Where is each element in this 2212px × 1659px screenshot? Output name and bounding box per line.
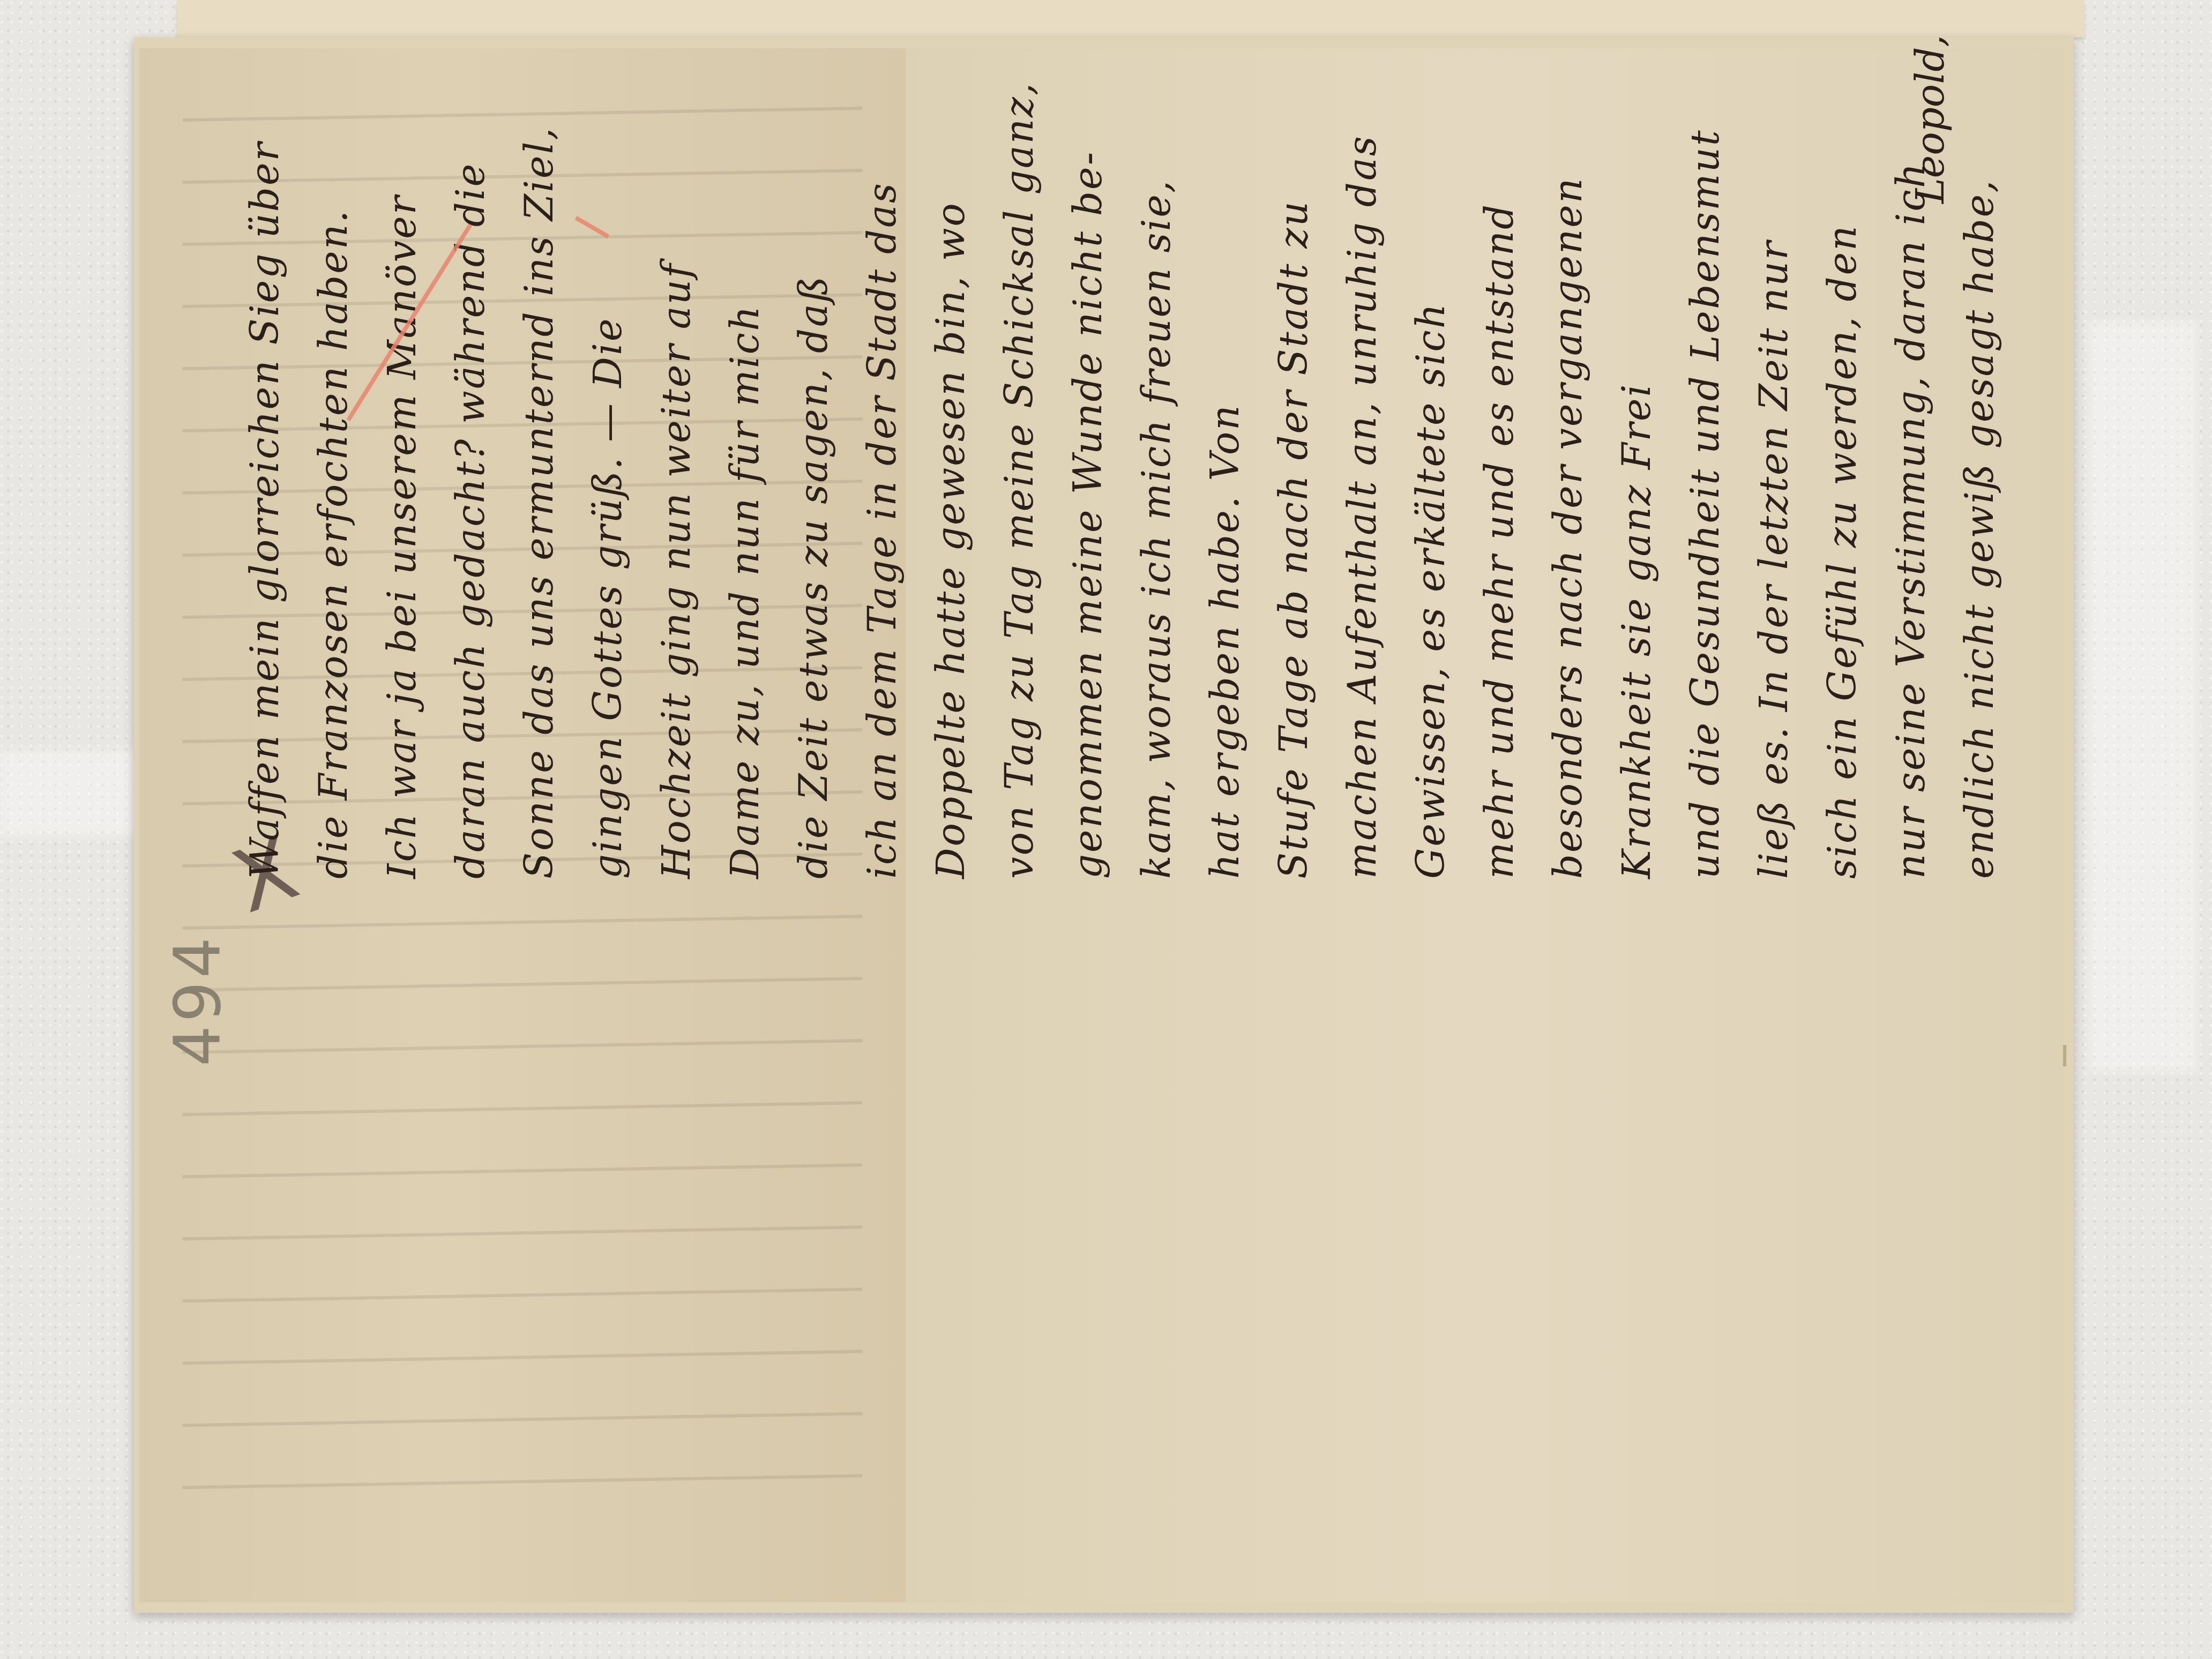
- letter-line: Ich war ja bei unserem Manöver: [368, 43, 436, 879]
- letter-text: Waffen mein glorreichen Sieg über die Fr…: [230, 43, 2014, 879]
- letter-line: ließ es. In der letzten Zeit nur: [1739, 43, 1808, 879]
- letter-line: ich an dem Tage in der Stadt das: [848, 43, 916, 879]
- letter-line: hat ergeben habe. Von: [1191, 43, 1259, 879]
- letter-line: mehr und mehr und es entstand: [1465, 43, 1534, 879]
- letter-line: Krankheit sie ganz Frei: [1602, 43, 1671, 879]
- cloth-fold: [2090, 322, 2197, 1072]
- letter-line: machen Aufenthalt an, unruhig das: [1328, 43, 1396, 879]
- letter-line: daran auch gedacht? während die: [436, 43, 505, 879]
- letter-line: und die Gesundheit und Lebensmut: [1671, 43, 1739, 879]
- top-sheet-edge: [177, 0, 2084, 38]
- letter-line: Hochzeit ging nun weiter auf: [642, 43, 711, 879]
- letter-line: kam, woraus ich mich freuen sie,: [1122, 43, 1191, 879]
- letter-closing: Leopold,: [1908, 35, 1953, 204]
- folio-number: 494: [161, 934, 235, 1066]
- letter-line: die Zeit etwas zu sagen, daß: [779, 43, 848, 879]
- letter-line: Stufe Tage ab nach der Stadt zu: [1259, 43, 1328, 879]
- letter-line: Doppelte hatte gewesen bin, wo: [916, 43, 985, 879]
- letter-line: Sonne das uns ermunternd ins Ziel,: [505, 43, 573, 879]
- letter-line: Gewissen, es erkältete sich: [1396, 43, 1465, 879]
- letter-line: Dame zu, und nun für mich: [711, 43, 779, 879]
- letter-line: genommen meine Wunde nicht be-: [1053, 43, 1122, 879]
- letter-line: von Tag zu Tag meine Schicksal ganz,: [985, 43, 1053, 879]
- letter-line: die Franzosen erfochten haben.: [299, 43, 368, 879]
- letter-line: besonders nach der vergangenen: [1534, 43, 1602, 879]
- margin-tick: [2063, 1045, 2066, 1066]
- letter-line: sich ein Gefühl zu werden, den: [1808, 43, 1877, 879]
- letter-line: gingen Gottes grüß. — Die: [573, 43, 642, 879]
- letter-line: Waffen mein glorreichen Sieg über: [230, 43, 299, 879]
- letter-line: endlich nicht gewiß gesagt habe,: [1945, 43, 2014, 879]
